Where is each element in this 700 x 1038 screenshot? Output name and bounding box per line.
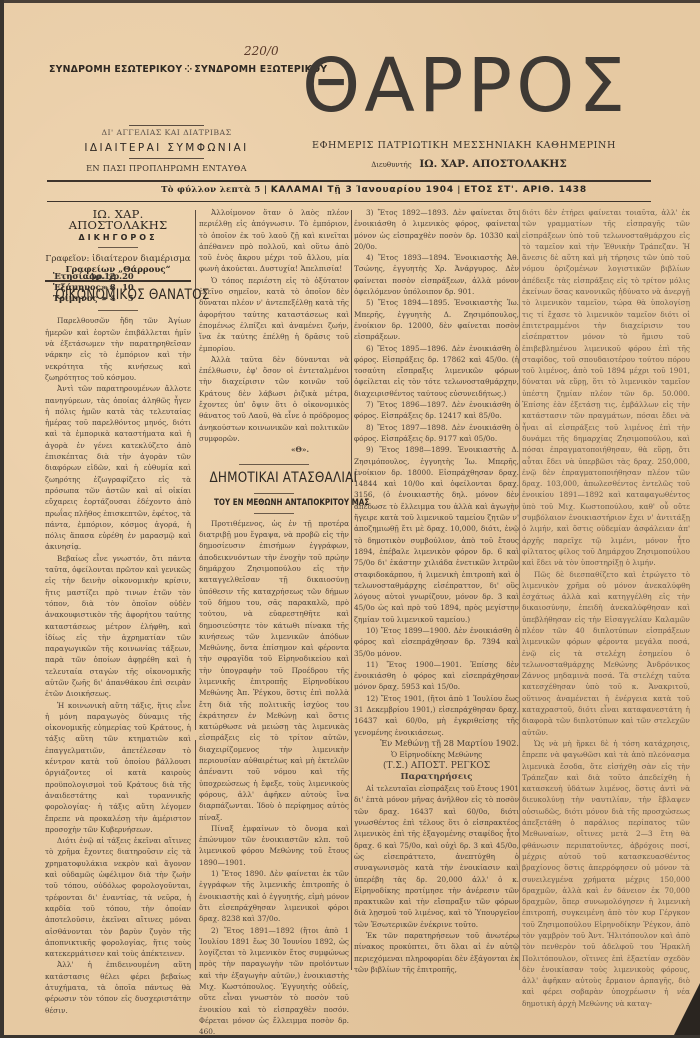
article-paragraph: Ὁ τόπος περιέστη εἰς τὸ ὀξύτατον ἐκεῖνο … [199, 275, 349, 354]
article-paragraph: Ὡς νὰ μὴ ἤρκει δὲ ἡ τόση κατάχρησις, ἔπρ… [522, 738, 690, 1009]
article-signature: «Θ». [199, 444, 309, 455]
director-line: Διευθυντής ΙΩ. ΧΑΡ. ΑΠΟΣΤΟΛΑΚΗΣ [334, 158, 604, 170]
divider [98, 310, 138, 311]
article-headline: ΟΙΚΟΝΟΜΙΚΟΣ ΘΑΝΑΤΟΣ [55, 286, 181, 304]
divider [254, 493, 294, 494]
notes-heading: Παρατηρήσεις [354, 772, 519, 783]
article-paragraph: Ἀλλ' ἡ ἐπιδεινουμένη αὕτη κατάστασις θέλ… [45, 959, 191, 1015]
table-row: 6) Ἔτος 1895—1896. Δὲν ἐνοικιάσθη ὁ φόρο… [354, 343, 519, 399]
dateline: Τὸ φύλλον λεπτὰ 5 | ΚΑΛΑΜΑΙ Τῇ 3 Ἰανουαρ… [139, 185, 609, 195]
director-name: ΙΩ. ΧΑΡ. ΑΠΟΣΤΟΛΑΚΗΣ [419, 158, 566, 170]
ads-line-3: ΕΝ ΠΑΣΙ ΠΡΟΠΛΗΡΩΜΗ ΕΝΤΑΥΘΑ [49, 163, 284, 173]
article-paragraph: Πίναξ ἐμφαίνων τὸ ὄνομα καὶ ἐπώνυμον τῶν… [199, 823, 349, 868]
article-paragraph: Προτιθέμενος, ὡς ἐν τῇ προτέρα διατριβῇ … [199, 518, 349, 823]
column-2: Ἀλλοίμονον ὅταν ὁ λαὸς πλέον περιέλθῃ εἰ… [199, 207, 349, 1037]
column-1: ΙΩ. ΧΑΡ. ΑΠΟΣΤΟΛΑΚΗΣ ΔΙΚΗΓΟΡΟΣ Γραφεῖον:… [45, 207, 191, 1016]
divider [45, 280, 191, 282]
table-row: 5) Ἔτος 1894—1895. Ἐνοικιαστὴς Ἰω. Μπερῆ… [354, 297, 519, 342]
signer-title: Ὁ Εἰρηνοδίκης Μεθώνης [354, 749, 519, 760]
column-3: 3) Ἔτος 1892—1893. Δὲν φαίνεται ὅτι ἐνοι… [354, 207, 519, 975]
divider [129, 125, 204, 126]
article-paragraph: 2) Ἔτος 1891—1892 (ἤτοι ἀπὸ 1 Ἰουλίου 18… [199, 925, 349, 1038]
lawyer-name: ΙΩ. ΧΑΡ. ΑΠΟΣΤΟΛΑΚΗΣ [45, 209, 191, 232]
signer-name: (Τ.Σ.) ΑΠΟΣΤ. ΡΕΓΚΟΣ [354, 761, 519, 772]
article-paragraph: Παρελθουσῶν ἤδη τῶν Ἁγίων ἡμερῶν καὶ ἑορ… [45, 315, 191, 383]
director-label: Διευθυντής [371, 161, 411, 169]
ornament-icon: ⁘ [184, 64, 192, 75]
article-paragraph: Αἱ τελευταῖαι εἰσπράξεις τοῦ ἔτους 1901 … [354, 783, 519, 930]
column-rule [351, 210, 352, 970]
article-paragraph: Ἐκ τῶν παρατηρήσεων τοῦ ἀνωτέρω πίνακος … [354, 930, 519, 975]
masthead-title: ΘΑΡΡΟΣ [302, 50, 632, 122]
article-paragraph: Πῶς δὲ διεσπαθίζετο καὶ ἐτρώγετο τὸ λιμε… [522, 569, 690, 738]
place-date: ΚΑΛΑΜΑΙ Τῇ 3 Ἰανουαρίου 1904 [271, 185, 454, 195]
lawyer-office: Γραφεῖον: ἰδιαίτερον διαμέρισμα [45, 254, 191, 265]
masthead-tagline: ΕΦΗΜΕΡΙΣ ΠΑΤΡΙΩΤΙΚΗ ΜΕΣΣΗΝΙΑΚΗ ΚΑΘΗΜΕΡΙΝ… [304, 140, 624, 151]
table-row: 8) Ἔτος 1897—1898. Δὲν ἐνοικιάσθη ὁ φόρο… [354, 422, 519, 445]
column-4: διότι δὲν ἐτήρει φαίνεται τοιαῦτα, ἀλλ' … [522, 207, 690, 1009]
divider [98, 247, 138, 248]
newspaper-page: 220/0 ΣΥΝΔΡΟΜΗ ΕΣΩΤΕΡΙΚΟΥ ⁘ ΣΥΝΔΡΟΜΗ ΕΞΩ… [4, 0, 700, 1035]
domestic-subscription-heading: ΣΥΝΔΡΟΜΗ ΕΣΩΤΕΡΙΚΟΥ [49, 64, 182, 75]
article-paragraph: Ἀντὶ τῶν παρατηρουμένων ἄλλοτε πανηγύρεω… [45, 383, 191, 552]
article-paragraph: Ἡ κοινωνικὴ αὕτη τάξις, ἥτις εἶνε ἡ μόνη… [45, 700, 191, 836]
column-rule [195, 740, 196, 970]
article-paragraph: διότι δὲν ἐτήρει φαίνεται τοιαῦτα, ἀλλ' … [522, 207, 690, 569]
column-rule [519, 210, 520, 970]
table-row: 10) Ἔτος 1899—1900. Δὲν ἐνοικιάσθη ὁ φόρ… [354, 625, 519, 659]
divider [254, 513, 294, 514]
handwritten-note: 220/0 [244, 44, 279, 58]
article-subhead: ΤΟΥ ΕΝ ΜΕΘΩΝΗ ΑΝΤΑΠΟΚΡΙΤΟΥ ΜΑΣ [214, 498, 334, 509]
lawyer-office-2: Γραφείων „Θάρρους“ [45, 265, 191, 276]
lawyer-role: ΔΙΚΗΓΟΡΟΣ [45, 232, 191, 243]
ads-line-1: ΔΙ' ΑΓΓΕΛΙΑΣ ΚΑΙ ΔΙΑΤΡΙΒΑΣ [49, 128, 284, 137]
price: Τὸ φύλλον λεπτὰ 5 [161, 185, 261, 195]
article-paragraph: Διότι ἐνῷ αἱ τάξεις ἐκεῖναι αἵτινες τὸ χ… [45, 835, 191, 959]
table-row: 3) Ἔτος 1892—1893. Δὲν φαίνεται ὅτι ἐνοι… [354, 207, 519, 252]
subscription-box: ΣΥΝΔΡΟΜΗ ΕΣΩΤΕΡΙΚΟΥ ⁘ ΣΥΝΔΡΟΜΗ ΕΞΩΤΕΡΙΚΟ… [49, 64, 284, 79]
dateline-rule [47, 201, 651, 202]
ads-line-2: ΙΔΙΑΙΤΕΡΑΙ ΣΥΜΦΩΝΙΑΙ [49, 142, 284, 154]
article-paragraph: Ἀλλοίμονον ὅταν ὁ λαὸς πλέον περιέλθῃ εἰ… [199, 207, 349, 275]
article-paragraph: Ἀλλὰ ταῦτα δὲν δύνανται νὰ ἐπέλθωσιν, ἐφ… [199, 354, 349, 444]
top-border [4, 0, 700, 3]
table-row: 11) Ἔτος 1900—1901. Ἐπίσης δὲν ἐνοικιάσθ… [354, 659, 519, 693]
table-row: 4) Ἔτος 1893—1894. Ἐνοικιαστὴς Ἀθ. Τσώνη… [354, 252, 519, 297]
divider [129, 158, 204, 159]
date-place: Ἐν Μεθώνῃ τῇ 28 Μαρτίου 1902. [354, 738, 519, 749]
article-headline: ΔΗΜΟΤΙΚΑΙ ΑΤΑΣΘΑΛΙΑΙ [210, 469, 339, 487]
year-issue: ΕΤΟΣ ΣΤ'. ΑΡΙΘ. 1438 [464, 185, 587, 195]
masthead-rule [47, 180, 651, 182]
article-paragraph: 1) Ἔτος 1890. Δὲν φαίνεται ἐκ τῶν ἐγγράφ… [199, 868, 349, 924]
table-row: 12) Ἔτος 1901, (ἤτοι ἀπὸ 1 Ἰουλίου ἕως 3… [354, 693, 519, 738]
table-row: 9) Ἔτος 1898—1899. Ἐνοικιαστὴς Δ. Ζησιμό… [354, 444, 519, 625]
torn-corner [674, 983, 700, 1035]
article-paragraph: Βεβαίως εἶνε γνωστόν, ὅτι πάντα ταῦτα, ὀ… [45, 553, 191, 700]
table-row: 7) Ἔτος 1896—1897. Δὲν ἐνοικιάσθη ὁ φόρο… [354, 399, 519, 422]
divider [239, 464, 309, 465]
